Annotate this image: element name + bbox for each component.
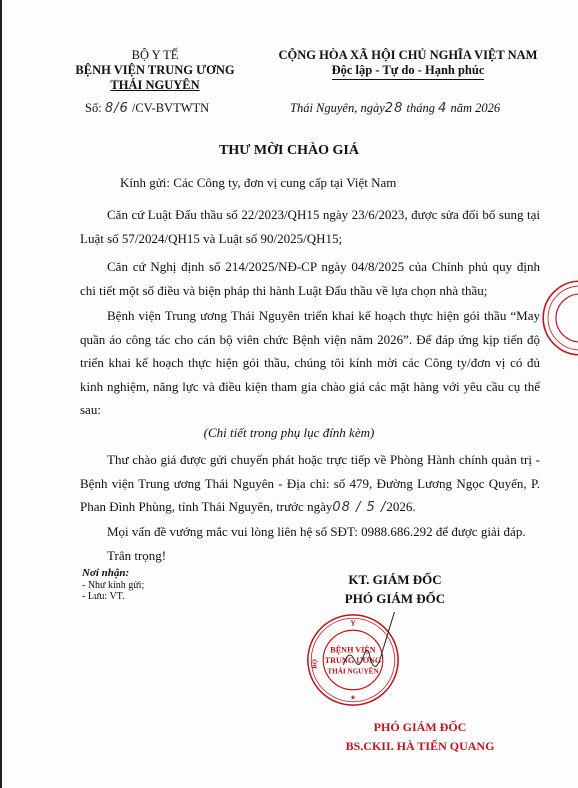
- date-month-label: tháng: [406, 101, 434, 115]
- document-number: Số: 8/6 /CV-BVTWTN: [85, 101, 209, 116]
- signature-line1: KT. GIÁM ĐỐC: [320, 570, 470, 589]
- official-seal-icon: Y BỘ BỆNH VIỆN TRUNG ƯƠNG THÁI NGUYÊN ★: [305, 612, 401, 708]
- document-title: THƯ MỜI CHÀO GIÁ: [0, 143, 578, 159]
- paragraph-contact: Mọi vấn đề vướng mắc vui lòng liên hệ số…: [80, 520, 540, 544]
- date-month: 4: [438, 101, 447, 116]
- svg-text:Y: Y: [350, 618, 356, 627]
- paragraph-legal-basis-1: Căn cứ Luật Đấu thầu số 22/2023/QH15 ngà…: [80, 203, 540, 250]
- doc-no-label: Số:: [85, 101, 102, 115]
- signer-name: BS.CKII. HÀ TIẾN QUANG: [340, 737, 500, 756]
- recipient-line: Kính gửi: Các Công ty, đơn vị cung cấp t…: [120, 175, 396, 191]
- doc-no-suffix: /CV-BVTWTN: [132, 101, 209, 115]
- recipients-block: Nơi nhận: - Như kính gửi; - Lưu: VT.: [82, 568, 144, 603]
- hospital-name-line1: BỆNH VIỆN TRUNG ƯƠNG: [70, 63, 240, 78]
- issue-date: Thái Nguyên, ngày28 tháng 4 năm 2026: [290, 101, 500, 116]
- doc-no-handwritten: 8/6: [105, 101, 129, 116]
- paragraph-submission: Thư chào giá được gửi chuyển phát hoặc t…: [80, 448, 540, 520]
- svg-text:BỘ: BỘ: [311, 659, 319, 669]
- svg-text:★: ★: [350, 693, 356, 701]
- date-year: năm 2026: [450, 101, 500, 115]
- issuer-header: BỘ Y TẾ BỆNH VIỆN TRUNG ƯƠNG THÁI NGUYÊN: [70, 48, 240, 93]
- signer-block: PHÓ GIÁM ĐỐC BS.CKII. HÀ TIẾN QUANG: [340, 718, 500, 756]
- national-header: CỘNG HÒA XÃ HỘI CHỦ NGHĨA VIỆT NAM Độc l…: [268, 48, 548, 80]
- recipients-title: Nơi nhận:: [82, 568, 144, 580]
- page-seal-icon: BỆ TR TH: [540, 278, 578, 358]
- svg-text:THÁI NGUYÊN: THÁI NGUYÊN: [327, 665, 379, 675]
- date-day: 28: [385, 101, 404, 116]
- paragraph-closing: Trân trọng!: [80, 544, 540, 568]
- signature-title: KT. GIÁM ĐỐC PHÓ GIÁM ĐỐC: [320, 570, 470, 608]
- recipient-item: - Lưu: VT.: [82, 591, 144, 603]
- country-name: CỘNG HÒA XÃ HỘI CHỦ NGHĨA VIỆT NAM: [268, 48, 548, 63]
- recipient-item: - Như kính gửi;: [82, 580, 144, 592]
- paragraph-legal-basis-2: Căn cứ Nghị định số 214/2025/NĐ-CP ngày …: [80, 255, 540, 302]
- ministry-name: BỘ Y TẾ: [70, 48, 240, 63]
- deadline-handwritten: 08 / 5 /: [332, 500, 386, 515]
- national-motto: Độc lập - Tự do - Hạnh phúc: [332, 63, 485, 80]
- hospital-name-line2: THÁI NGUYÊN: [70, 78, 240, 93]
- annex-note: (Chi tiết trong phụ lục đính kèm): [0, 425, 578, 441]
- document-page: BỘ Y TẾ BỆNH VIỆN TRUNG ƯƠNG THÁI NGUYÊN…: [0, 0, 578, 788]
- signer-title: PHÓ GIÁM ĐỐC: [340, 718, 500, 737]
- paragraph-invitation: Bệnh viện Trung ương Thái Nguyên triển k…: [80, 304, 540, 422]
- signature-line2: PHÓ GIÁM ĐỐC: [320, 589, 470, 608]
- date-prefix: Thái Nguyên, ngày: [290, 101, 385, 115]
